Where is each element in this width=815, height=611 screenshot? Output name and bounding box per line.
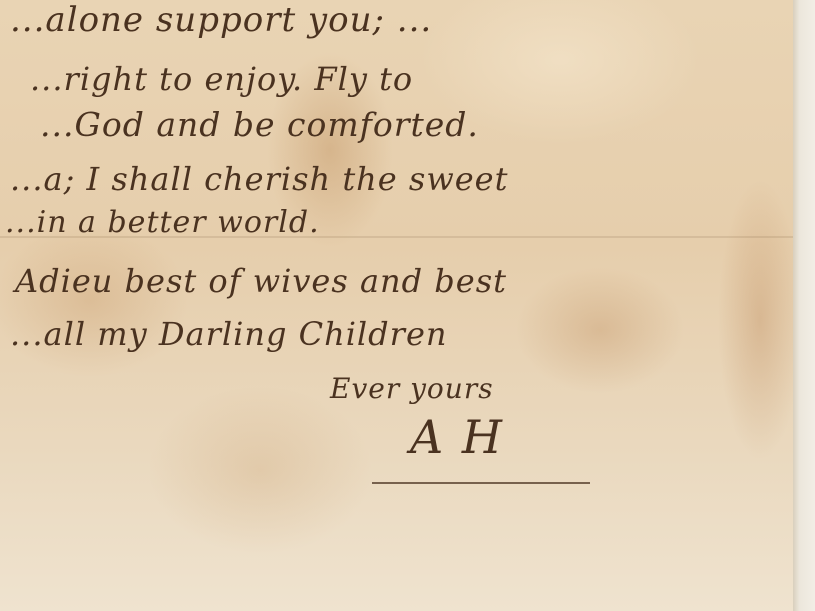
letter-line-4: ...a; I shall cherish the sweet [10, 160, 508, 198]
letter-line-3: ...God and be comforted. [40, 105, 479, 144]
letter-line-2: ...right to enjoy. Fly to [30, 60, 413, 98]
letter-line-6: Adieu best of wives and best [15, 262, 507, 300]
letter-line-1: ...alone support you; ... [10, 0, 432, 40]
page-edge-border [793, 0, 815, 611]
letter-line-5: ...in a better world. [5, 205, 320, 240]
letter-line-7: ...all my Darling Children [10, 315, 447, 353]
letter-paper: ...alone support you; ... ...right to en… [0, 0, 793, 611]
signature: A H [410, 410, 504, 464]
signature-underline [372, 482, 590, 484]
closing-line: Ever yours [330, 372, 494, 405]
